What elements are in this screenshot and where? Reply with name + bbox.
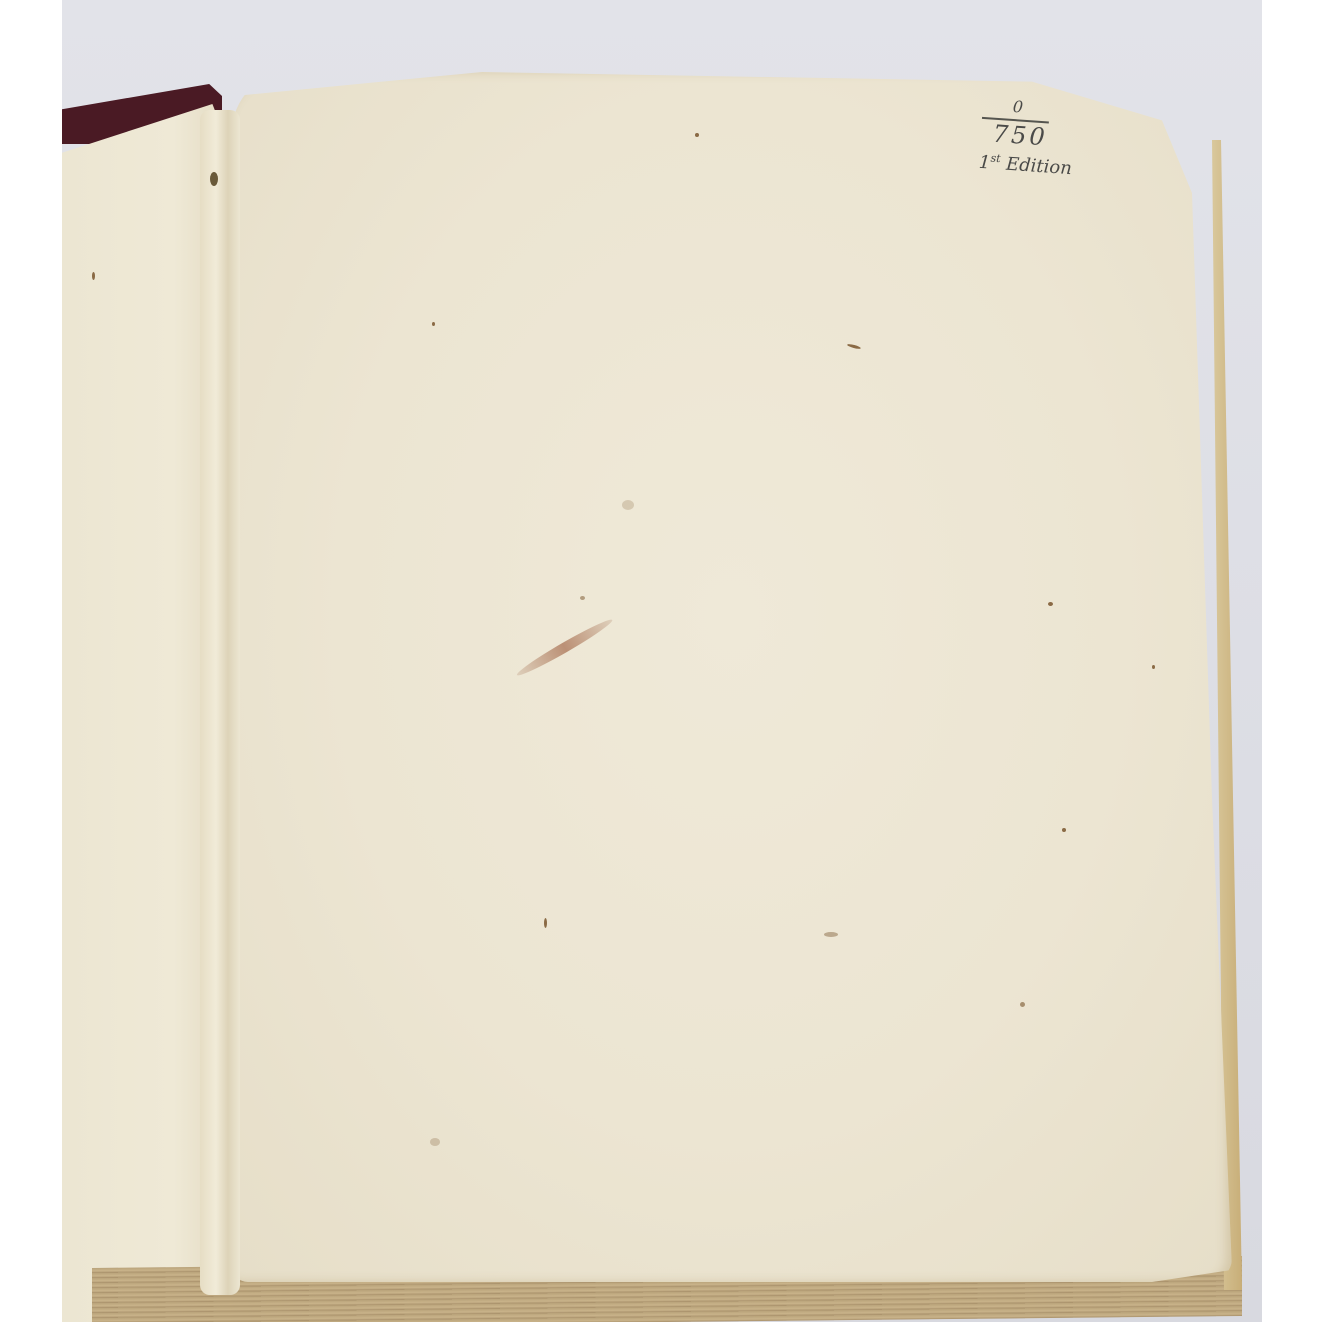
- pastedown-endpaper: [62, 104, 222, 1322]
- annotation-number-text: 750: [992, 120, 1049, 152]
- speck: [92, 272, 95, 280]
- speck: [432, 322, 435, 326]
- edition-word: Edition: [1005, 154, 1072, 180]
- book-hinge: [200, 110, 240, 1295]
- speck: [1062, 828, 1066, 832]
- speck: [824, 932, 838, 937]
- speck: [695, 133, 699, 137]
- speck: [544, 918, 547, 928]
- speck: [430, 1138, 440, 1146]
- edition-superscript: st: [990, 152, 1001, 166]
- annotation-number: 0 750: [980, 117, 1049, 152]
- speck: [580, 596, 585, 600]
- speck: [1020, 1002, 1025, 1007]
- speck: [1048, 602, 1053, 606]
- speck: [622, 500, 634, 510]
- annotation-numerator: 0: [1012, 93, 1027, 122]
- pencil-annotation: 0 750 1st Edition: [978, 117, 1075, 179]
- hinge-hole: [210, 172, 218, 186]
- speck: [1152, 665, 1155, 669]
- book-photo: 0 750 1st Edition: [62, 0, 1262, 1322]
- blank-page: [232, 72, 1232, 1282]
